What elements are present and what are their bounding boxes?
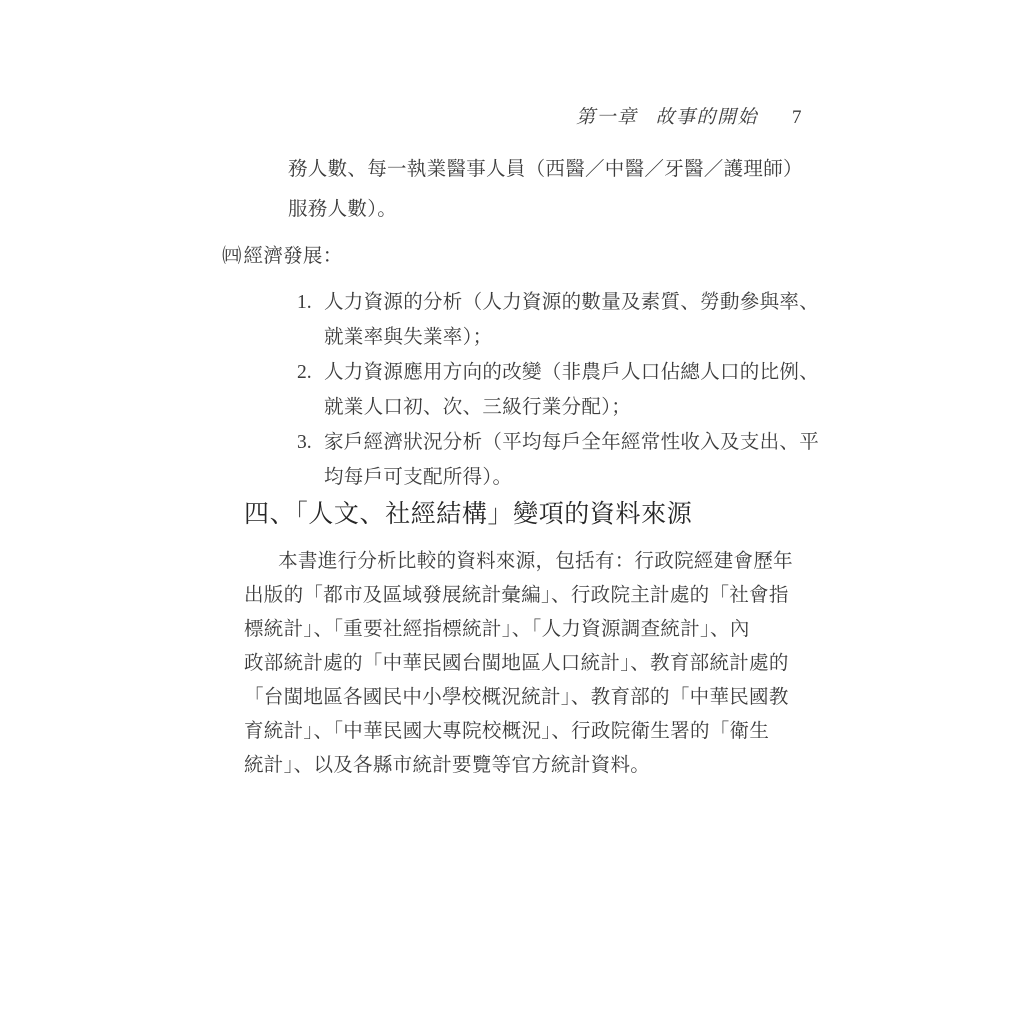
book-page: 第一章故事的開始7 務人數、每一執業醫事人員（西醫／中醫／牙醫／護理師）服務人數… xyxy=(0,0,1024,1024)
list-item-four-label: 經濟發展： xyxy=(244,246,343,267)
list-item-number: 3. xyxy=(297,425,324,460)
running-header-title: 故事的開始 xyxy=(656,107,759,128)
carryover-paragraph: 務人數、每一執業醫事人員（西醫／中醫／牙醫／護理師）服務人數）。 xyxy=(288,150,812,230)
numbered-list: 1. 人力資源的分析（人力資源的數量及素質、勞動參與率、就業率與失業率）； 2.… xyxy=(297,285,813,495)
list-item-number: 1. xyxy=(297,285,324,320)
list-item-text: 人力資源的分析（人力資源的數量及素質、勞動參與率、就業率與失業率）； xyxy=(324,285,819,355)
sources-paragraph: 本書進行分析比較的資料來源，包括有：行政院經建會歷年出版的「都市及區域發展統計彙… xyxy=(244,545,800,783)
list-item-four: ㈣經濟發展： xyxy=(222,240,343,268)
list-item-text: 家戶經濟狀況分析（平均每戶全年經常性收入及支出、平均每戶可支配所得）。 xyxy=(324,425,819,495)
section-heading: 四、「人文、社經結構」變項的資料來源 xyxy=(244,494,692,530)
numbered-list-item: 3. 家戶經濟狀況分析（平均每戶全年經常性收入及支出、平均每戶可支配所得）。 xyxy=(297,425,813,495)
numbered-list-item: 1. 人力資源的分析（人力資源的數量及素質、勞動參與率、就業率與失業率）； xyxy=(297,285,813,355)
running-header: 第一章故事的開始7 xyxy=(576,102,803,129)
running-header-chapter: 第一章 xyxy=(576,107,638,128)
list-item-text: 人力資源應用方向的改變（非農戶人口佔總人口的比例、就業人口初、次、三級行業分配）… xyxy=(324,355,819,425)
list-item-number: 2. xyxy=(297,355,324,390)
list-item-four-marker: ㈣ xyxy=(222,246,242,267)
numbered-list-item: 2. 人力資源應用方向的改變（非農戶人口佔總人口的比例、就業人口初、次、三級行業… xyxy=(297,355,813,425)
running-header-page-number: 7 xyxy=(792,107,803,128)
